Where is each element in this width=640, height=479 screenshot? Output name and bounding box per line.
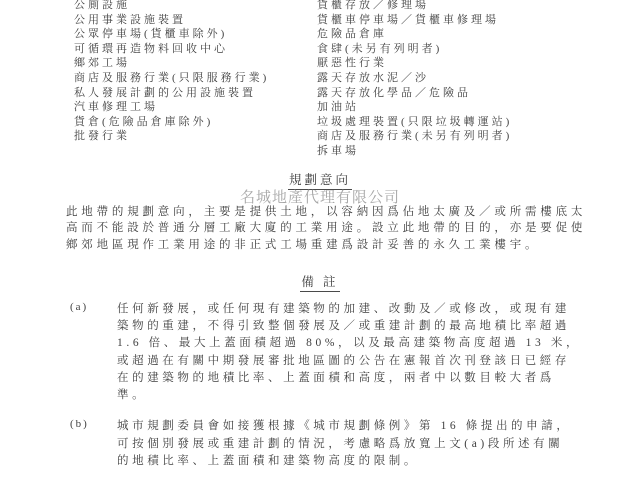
use-list-right-column: 貨櫃存放／修理場 貨櫃車停車場／貨櫃車修理場 危險品倉庫 食肆(未另有列明者) … (317, 0, 512, 159)
list-item: 厭惡性行業 (317, 56, 512, 71)
list-item: 貨倉(危險品倉庫除外) (74, 115, 269, 130)
document-page: 公廁設施 公用事業設施裝置 公眾停車場(貨櫃車除外) 可循環再造物料回收中心 鄉… (0, 0, 640, 479)
note-line: 的地積比率、上蓋面積和建築物高度的限制。 (117, 453, 571, 471)
note-a-label: (a) (70, 301, 88, 313)
paragraph-line: 高而不能設於普通分層工廠大廈的工業用途。設立此地帶的目的，亦是要促使 (66, 220, 586, 236)
note-line: 在的建築物的地積比率、上蓋面積和高度，兩者中以數目較大者爲 (117, 370, 581, 387)
list-item: 私人發展計劃的公用設施裝置 (74, 86, 269, 101)
heading-text: 規劃意向 (288, 170, 352, 190)
note-line: 築物的重建，不得引致整個發展及／或重建計劃的最高地積比率超過 (117, 318, 581, 335)
note-line: 城市規劃委員會如接獲根據《城市規劃條例》第 16 條提出的申請， (117, 418, 571, 436)
list-item: 食肆(未另有列明者) (317, 42, 512, 57)
list-item: 汽車修理工場 (74, 100, 269, 115)
note-line: 1.6 倍、最大上蓋面積超過 80%，以及最高建築物高度超過 13 米， (117, 335, 581, 352)
list-item: 鄉郊工場 (74, 56, 269, 71)
note-b-text: 城市規劃委員會如接獲根據《城市規劃條例》第 16 條提出的申請， 可按個別發展或… (117, 418, 571, 471)
heading-text: 備 註 (300, 272, 339, 292)
note-b-label: (b) (70, 418, 89, 430)
list-item: 公眾停車場(貨櫃車除外) (74, 27, 269, 42)
list-item: 露天存放水泥／沙 (317, 71, 512, 86)
use-list-left-column: 公廁設施 公用事業設施裝置 公眾停車場(貨櫃車除外) 可循環再造物料回收中心 鄉… (74, 0, 269, 144)
list-item: 拆車場 (317, 144, 512, 159)
list-item: 公廁設施 (74, 0, 269, 13)
note-a-text: 任何新發展，或任何現有建築物的加建、改動及／或修改，或現有建 築物的重建，不得引… (117, 301, 581, 404)
note-line: 可按個別發展或重建計劃的情況，考慮略爲放寬上文(a)段所述有關 (117, 436, 571, 454)
list-item: 危險品倉庫 (317, 27, 512, 42)
paragraph-line: 此地帶的規劃意向，主要是提供土地，以容納因爲佔地太廣及／或所需樓底太 (66, 204, 586, 220)
list-item: 貨櫃存放／修理場 (317, 0, 512, 13)
list-item: 批發行業 (74, 129, 269, 144)
list-item: 貨櫃車停車場／貨櫃車修理場 (317, 13, 512, 28)
list-item: 露天存放化學品／危險品 (317, 86, 512, 101)
list-item: 垃圾處理裝置(只限垃圾轉運站) (317, 115, 512, 130)
section-heading-remarks: 備 註 (0, 272, 640, 292)
list-item: 加油站 (317, 100, 512, 115)
list-item: 商店及服務行業(未另有列明者) (317, 129, 512, 144)
paragraph-line: 鄉郊地區現作工業用途的非正式工場重建爲設計妥善的永久工業樓宇。 (66, 237, 586, 253)
section-heading-planning-intention: 規劃意向 (0, 170, 640, 190)
list-item: 公用事業設施裝置 (74, 13, 269, 28)
note-line: 或超過在有關中期發展審批地區圖的公告在憲報首次刊登該日已經存 (117, 353, 581, 370)
note-line: 準。 (117, 387, 581, 404)
list-item: 可循環再造物料回收中心 (74, 42, 269, 57)
planning-intention-paragraph: 此地帶的規劃意向，主要是提供土地，以容納因爲佔地太廣及／或所需樓底太 高而不能設… (66, 204, 586, 253)
list-item: 商店及服務行業(只限服務行業) (74, 71, 269, 86)
note-line: 任何新發展，或任何現有建築物的加建、改動及／或修改，或現有建 (117, 301, 581, 318)
